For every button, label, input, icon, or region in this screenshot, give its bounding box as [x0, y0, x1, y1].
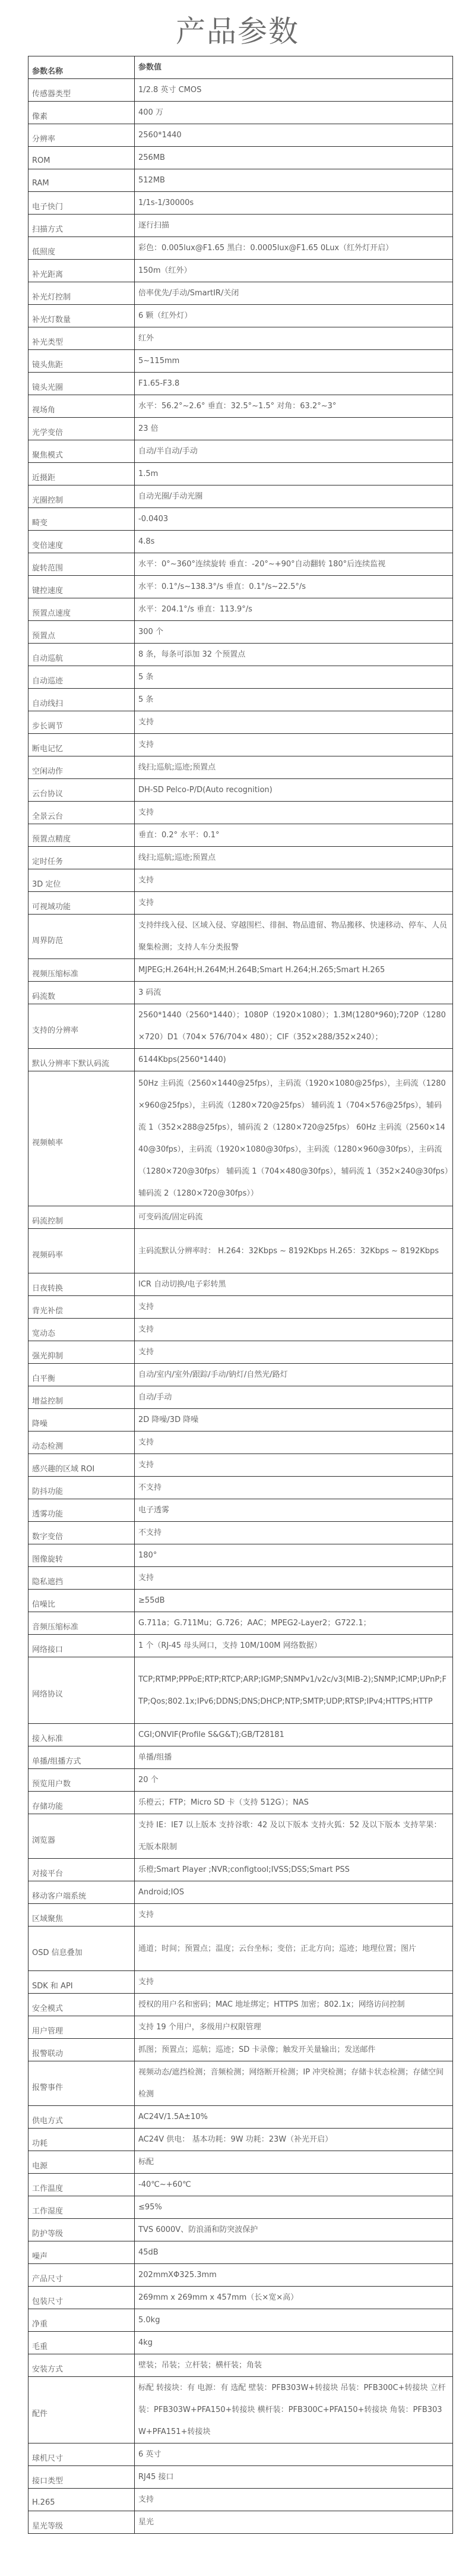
param-value-cell: 标配 转接块：有 电源：有 选配 壁装：PFB303W+转接块 吊装：PFB30…: [135, 2377, 453, 2443]
table-row: 电子快门1/1s-1/30000s: [28, 192, 453, 215]
table-row: 报警联动抓图；预置点；巡航；巡迹；SD 卡录像；触发开关量输出；发送邮件: [28, 2039, 453, 2061]
param-name-cell: 净重: [28, 2309, 135, 2332]
table-row: 网络协议TCP;RTMP;PPPoE;RTP;RTCP;ARP;IGMP;SNM…: [28, 1657, 453, 1724]
param-name-cell: 降噪: [28, 1409, 135, 1432]
table-row: 透雾功能电子透雾: [28, 1499, 453, 1522]
table-row: 可视域功能支持: [28, 892, 453, 915]
table-row: SDK 和 API 支持: [28, 1971, 453, 1994]
param-value-cell: 电子透雾: [135, 1499, 453, 1522]
param-value-cell: 授权的用户名和密码；MAC 地址绑定；HTTPS 加密；802.1x；网络访问控…: [135, 1994, 453, 2016]
param-value-cell: F1.65-F3.8: [135, 373, 453, 395]
param-value-cell: 支持: [135, 802, 453, 824]
param-value-cell: 逐行扫描: [135, 215, 453, 237]
param-value-cell: 5 条: [135, 689, 453, 711]
param-value-cell: 红外: [135, 327, 453, 350]
param-value-cell: 水平：204.1°/s 垂直：113.9°/s: [135, 598, 453, 621]
table-row: 背光补偿支持: [28, 1296, 453, 1319]
table-row: 安装方式 壁装；吊装；立杆装；横杆装；角装: [28, 2354, 453, 2377]
table-row: 畸变-0.0403: [28, 508, 453, 531]
param-value-cell: 50Hz 主码流（2560×1440@25fps），主码流（1920×1080@…: [135, 1071, 453, 1206]
param-name-cell: 光学变倍: [28, 418, 135, 440]
table-row: 球机尺寸6 英寸: [28, 2443, 453, 2466]
table-row: 自动巡航8 条，每条可添加 32 个预置点: [28, 644, 453, 666]
param-value-cell: 乐橙;Smart Player ;NVR;configtool;IVSS;DSS…: [135, 1859, 453, 1881]
param-value-cell: 202mmXΦ325.3mm: [135, 2264, 453, 2287]
table-row: 视频帧率 50Hz 主码流（2560×1440@25fps），主码流（1920×…: [28, 1071, 453, 1206]
param-value-cell: 水平：0°~360°连续旋转 垂直：-20°~+90°自动翻转 180°后连续监…: [135, 553, 453, 576]
param-name-cell: SDK 和 API: [28, 1971, 135, 1994]
param-name-cell: 隐私遮挡: [28, 1567, 135, 1590]
table-row: 图像旋转180°: [28, 1544, 453, 1567]
param-value-cell: 8 条，每条可添加 32 个预置点: [135, 644, 453, 666]
table-row: 供电方式AC24V/1.5A±10%: [28, 2106, 453, 2129]
param-value-cell: 支持: [135, 1341, 453, 1364]
param-value-cell: 彩色：0.005lux@F1.65 黑白：0.0005lux@F1.65 0Lu…: [135, 237, 453, 260]
param-value-cell: 垂直：0.2° 水平：0.1°: [135, 824, 453, 847]
table-row: 存储功能乐橙云；FTP；Micro SD 卡（支持 512G）；NAS: [28, 1792, 453, 1814]
param-name-cell: 近摄距: [28, 463, 135, 485]
param-value-cell: 水平：56.2°~2.6° 垂直：32.5°~1.5° 对角：63.2°~3°: [135, 395, 453, 418]
param-name-cell: 自动巡迹: [28, 666, 135, 689]
table-row: 变倍速度4.8s: [28, 531, 453, 553]
param-value-cell: 4.8s: [135, 531, 453, 553]
table-row: 接入标准 CGI;ONVIF(Profile S&G&T);GB/T28181: [28, 1724, 453, 1746]
table-row: 自动巡迹5 条: [28, 666, 453, 689]
param-value-cell: 单播/组播: [135, 1746, 453, 1769]
param-value-cell: 512MB: [135, 169, 453, 192]
param-value-cell: DH-SD Pelco-P/D(Auto recognition): [135, 779, 453, 802]
param-name-cell: 产品尺寸: [28, 2264, 135, 2287]
param-value-cell: 5.0kg: [135, 2309, 453, 2332]
param-name-cell: OSD 信息叠加: [28, 1927, 135, 1971]
spec-page: 产品参数 参数名称 参数值 传感器类型1/2.8 英寸 CMOS像素400 万分…: [0, 0, 475, 2569]
param-value-cell: 4kg: [135, 2332, 453, 2354]
param-value-cell: 1/1s-1/30000s: [135, 192, 453, 215]
param-value-cell: 支持 IE：IE7 以上版本 支持谷歌：42 及以下版本 支持火狐：52 及以下…: [135, 1814, 453, 1859]
param-value-cell: 支持: [135, 1904, 453, 1927]
param-value-cell: 不支持: [135, 1477, 453, 1499]
param-name-cell: 畸变: [28, 508, 135, 531]
header-name-cell: 参数名称: [28, 56, 135, 79]
param-name-cell: 周界防范: [28, 915, 135, 959]
table-row: 旋转范围水平：0°~360°连续旋转 垂直：-20°~+90°自动翻转 180°…: [28, 553, 453, 576]
param-name-cell: 透雾功能: [28, 1499, 135, 1522]
table-row: 增益控制自动/手动: [28, 1386, 453, 1409]
param-name-cell: 预置点: [28, 621, 135, 644]
param-name-cell: 音频压缩标准: [28, 1612, 135, 1635]
param-name-cell: 单播/组播方式: [28, 1746, 135, 1769]
param-value-cell: 2D 降噪/3D 降噪: [135, 1409, 453, 1432]
param-name-cell: 低照度: [28, 237, 135, 260]
table-row: 星光等级星光: [28, 2511, 453, 2534]
table-header-row: 参数名称 参数值: [28, 56, 453, 79]
param-name-cell: 步长调节: [28, 711, 135, 734]
table-row: 自动线扫5 条: [28, 689, 453, 711]
table-row: 感兴趣的区域 ROI支持: [28, 1454, 453, 1477]
table-row: 默认分辨率下默认码流 6144Kbps(2560*1440): [28, 1049, 453, 1071]
param-value-cell: 视频动态/遮挡检测；音频检测；网络断开检测；IP 冲突检测；存储卡状态检测；存储…: [135, 2061, 453, 2106]
table-row: OSD 信息叠加 通道；时间；预置点；温度；云台坐标；变倍；正北方向；巡迹；地理…: [28, 1927, 453, 1971]
param-name-cell: 3D 定位: [28, 869, 135, 892]
param-name-cell: 预置点速度: [28, 598, 135, 621]
param-name-cell: 移动客户端系统: [28, 1881, 135, 1904]
param-name-cell: 变倍速度: [28, 531, 135, 553]
param-value-cell: 水平：0.1°/s~138.3°/s 垂直：0.1°/s~22.5°/s: [135, 576, 453, 598]
table-row: 预置点精度垂直：0.2° 水平：0.1°: [28, 824, 453, 847]
param-value-cell: CGI;ONVIF(Profile S&G&T);GB/T28181: [135, 1724, 453, 1746]
param-value-cell: 线扫;巡航;巡迹;预置点: [135, 847, 453, 869]
table-row: 包装尺寸269mm x 269mm x 457mm（长×宽×高）: [28, 2287, 453, 2309]
param-name-cell: 补光距离: [28, 260, 135, 282]
table-row: 电源标配: [28, 2151, 453, 2174]
param-value-cell: ICR 自动切换/电子彩转黑: [135, 1273, 453, 1296]
table-row: 扫描方式逐行扫描: [28, 215, 453, 237]
param-name-cell: 支持的分辨率: [28, 1004, 135, 1049]
param-name-cell: 存储功能: [28, 1792, 135, 1814]
param-name-cell: 浏览器: [28, 1814, 135, 1859]
param-name-cell: 可视域功能: [28, 892, 135, 915]
param-value-cell: 通道；时间；预置点；温度；云台坐标；变倍；正北方向；巡迹；地理位置；图片: [135, 1927, 453, 1971]
param-name-cell: 接入标准: [28, 1724, 135, 1746]
param-name-cell: 感兴趣的区域 ROI: [28, 1454, 135, 1477]
param-name-cell: 视频压缩标准: [28, 959, 135, 982]
table-row: 云台协议DH-SD Pelco-P/D(Auto recognition): [28, 779, 453, 802]
param-value-cell: 支持: [135, 869, 453, 892]
param-value-cell: 不支持: [135, 1522, 453, 1544]
param-value-cell: 23 倍: [135, 418, 453, 440]
param-value-cell: 3 码流: [135, 982, 453, 1004]
param-name-cell: 视场角: [28, 395, 135, 418]
param-name-cell: 毛重: [28, 2332, 135, 2354]
table-row: 预置点速度水平：204.1°/s 垂直：113.9°/s: [28, 598, 453, 621]
param-name-cell: 球机尺寸: [28, 2443, 135, 2466]
table-row: 数字变倍不支持: [28, 1522, 453, 1544]
param-name-cell: 电源: [28, 2151, 135, 2174]
param-name-cell: 强光抑制: [28, 1341, 135, 1364]
table-row: 视场角水平：56.2°~2.6° 垂直：32.5°~1.5° 对角：63.2°~…: [28, 395, 453, 418]
table-row: 单播/组播方式单播/组播: [28, 1746, 453, 1769]
table-row: 防抖功能不支持: [28, 1477, 453, 1499]
table-row: 信噪比≥55dB: [28, 1590, 453, 1612]
param-name-cell: 包装尺寸: [28, 2287, 135, 2309]
table-row: 移动客户端系统 Android;IOS: [28, 1881, 453, 1904]
table-row: 预览用户数20 个: [28, 1769, 453, 1792]
table-row: 网络接口1 个（RJ-45 母头网口，支持 10M/100M 网络数据）: [28, 1635, 453, 1657]
param-name-cell: 动态检测: [28, 1432, 135, 1454]
param-value-cell: 6 英寸: [135, 2443, 453, 2466]
param-name-cell: 区域聚焦: [28, 1904, 135, 1927]
table-row: 近摄距1.5m: [28, 463, 453, 485]
param-value-cell: 20 个: [135, 1769, 453, 1792]
table-row: 补光距离150m（红外）: [28, 260, 453, 282]
param-name-cell: 传感器类型: [28, 79, 135, 102]
table-row: 降噪2D 降噪/3D 降噪: [28, 1409, 453, 1432]
table-row: 空闲动作线扫;巡航;巡迹;预置点: [28, 756, 453, 779]
param-name-cell: 补光灯数量: [28, 305, 135, 327]
table-row: 对接平台 乐橙;Smart Player ;NVR;configtool;IVS…: [28, 1859, 453, 1881]
param-name-cell: 背光补偿: [28, 1296, 135, 1319]
param-name-cell: 工作温度: [28, 2174, 135, 2196]
table-row: 动态检测支持: [28, 1432, 453, 1454]
header-value-cell: 参数值: [135, 56, 453, 79]
table-row: 支持的分辨率 2560*1440（2560*1440）；1080P（1920×1…: [28, 1004, 453, 1049]
param-name-cell: 网络协议: [28, 1657, 135, 1724]
param-name-cell: 码流数: [28, 982, 135, 1004]
table-row: 用户管理支持 19 个用户，多级用户权限管理: [28, 2016, 453, 2039]
param-name-cell: 对接平台: [28, 1859, 135, 1881]
table-row: 浏览器 支持 IE：IE7 以上版本 支持谷歌：42 及以下版本 支持火狐：52…: [28, 1814, 453, 1859]
param-name-cell: 报警联动: [28, 2039, 135, 2061]
param-value-cell: 支持: [135, 1319, 453, 1341]
table-row: RAM512MB: [28, 169, 453, 192]
param-name-cell: 光圈控制: [28, 485, 135, 508]
table-row: 噪声45dB: [28, 2241, 453, 2264]
table-row: 强光抑制支持: [28, 1341, 453, 1364]
param-name-cell: 扫描方式: [28, 215, 135, 237]
param-name-cell: 安装方式: [28, 2354, 135, 2377]
param-name-cell: 电子快门: [28, 192, 135, 215]
table-row: 安全模式授权的用户名和密码；MAC 地址绑定；HTTPS 加密；802.1x；网…: [28, 1994, 453, 2016]
table-row: ROM256MB: [28, 147, 453, 169]
table-row: 3D 定位支持: [28, 869, 453, 892]
param-name-cell: 报警事件: [28, 2061, 135, 2106]
param-value-cell: 支持: [135, 2489, 453, 2511]
param-name-cell: 自动巡航: [28, 644, 135, 666]
table-row: 净重5.0kg: [28, 2309, 453, 2332]
param-name-cell: 镜头光圈: [28, 373, 135, 395]
table-row: 步长调节支持: [28, 711, 453, 734]
param-name-cell: RAM: [28, 169, 135, 192]
param-value-cell: 支持: [135, 1296, 453, 1319]
param-value-cell: RJ45 接口: [135, 2466, 453, 2489]
table-row: 白平衡自动/室内/室外/跟踪/手动/钠灯/自然光/路灯: [28, 1364, 453, 1386]
param-name-cell: 视频码率: [28, 1229, 135, 1273]
param-value-cell: 180°: [135, 1544, 453, 1567]
table-row: 视频码率 主码流默认分辨率时： H.264：32Kbps ~ 8192Kbps …: [28, 1229, 453, 1273]
table-row: 码流数 3 码流: [28, 982, 453, 1004]
param-value-cell: 自动/半自动/手动: [135, 440, 453, 463]
table-row: 全景云台支持: [28, 802, 453, 824]
table-row: 配件 标配 转接块：有 电源：有 选配 壁装：PFB303W+转接块 吊装：PF…: [28, 2377, 453, 2443]
param-name-cell: 信噪比: [28, 1590, 135, 1612]
table-row: 工作温度-40℃~+60℃: [28, 2174, 453, 2196]
table-row: 像素400 万: [28, 102, 453, 124]
param-value-cell: 269mm x 269mm x 457mm（长×宽×高）: [135, 2287, 453, 2309]
param-value-cell: 5 条: [135, 666, 453, 689]
table-row: 周界防范 支持绊线入侵、区域入侵、穿越围栏、徘徊、物品遗留、物品搬移、快速移动、…: [28, 915, 453, 959]
param-value-cell: 支持: [135, 1432, 453, 1454]
param-name-cell: 空闲动作: [28, 756, 135, 779]
bottom-spacer: [0, 2534, 475, 2569]
param-value-cell: TCP;RTMP;PPPoE;RTP;RTCP;ARP;IGMP;SNMPv1/…: [135, 1657, 453, 1724]
page-title: 产品参数: [0, 0, 475, 56]
param-value-cell: Android;IOS: [135, 1881, 453, 1904]
param-value-cell: AC24V 供电： 基本功耗：9W 功耗：23W（补光开启）: [135, 2129, 453, 2151]
table-row: 断电记忆支持: [28, 734, 453, 756]
param-value-cell: 线扫;巡航;巡迹;预置点: [135, 756, 453, 779]
param-name-cell: 增益控制: [28, 1386, 135, 1409]
param-value-cell: 壁装；吊装；立杆装；横杆装；角装: [135, 2354, 453, 2377]
param-value-cell: TVS 6000V、防浪涌和防突波保护: [135, 2219, 453, 2241]
param-name-cell: 日夜转换: [28, 1273, 135, 1296]
param-value-cell: 星光: [135, 2511, 453, 2534]
param-value-cell: 300 个: [135, 621, 453, 644]
param-value-cell: 1/2.8 英寸 CMOS: [135, 79, 453, 102]
param-name-cell: 码流控制: [28, 1206, 135, 1229]
param-name-cell: 预览用户数: [28, 1769, 135, 1792]
table-row: 隐私遮挡支持: [28, 1567, 453, 1590]
param-name-cell: 噪声: [28, 2241, 135, 2264]
param-value-cell: MJPEG;H.264H;H.264M;H.264B;Smart H.264;H…: [135, 959, 453, 982]
param-name-cell: 聚焦模式: [28, 440, 135, 463]
param-name-cell: 图像旋转: [28, 1544, 135, 1567]
param-name-cell: 工作湿度: [28, 2196, 135, 2219]
table-row: 毛重4kg: [28, 2332, 453, 2354]
param-name-cell: 像素: [28, 102, 135, 124]
param-value-cell: 400 万: [135, 102, 453, 124]
param-value-cell: 标配: [135, 2151, 453, 2174]
param-name-cell: 防护等级: [28, 2219, 135, 2241]
table-row: 光学变倍23 倍: [28, 418, 453, 440]
param-value-cell: 2560*1440（2560*1440）；1080P（1920×1080）；1.…: [135, 1004, 453, 1049]
param-value-cell: 256MB: [135, 147, 453, 169]
table-row: H.265支持: [28, 2489, 453, 2511]
table-row: 码流控制 可变码流/固定码流: [28, 1206, 453, 1229]
table-row: 补光灯数量6 颗（红外灯）: [28, 305, 453, 327]
param-value-cell: G.711a；G.711Mu；G.726；AAC；MPEG2-Layer2；G7…: [135, 1612, 453, 1635]
table-row: 分辨率2560*1440: [28, 124, 453, 147]
table-row: 聚焦模式自动/半自动/手动: [28, 440, 453, 463]
param-value-cell: 主码流默认分辨率时： H.264：32Kbps ~ 8192Kbps H.265…: [135, 1229, 453, 1273]
param-value-cell: -0.0403: [135, 508, 453, 531]
param-value-cell: 自动光圈/手动光圈: [135, 485, 453, 508]
param-name-cell: 键控速度: [28, 576, 135, 598]
param-name-cell: 旋转范围: [28, 553, 135, 576]
param-value-cell: 支持绊线入侵、区域入侵、穿越围栏、徘徊、物品遗留、物品搬移、快速移动、停车、人员…: [135, 915, 453, 959]
table-row: 镜头光圈F1.65-F3.8: [28, 373, 453, 395]
table-row: 键控速度水平：0.1°/s~138.3°/s 垂直：0.1°/s~22.5°/s: [28, 576, 453, 598]
param-value-cell: 6144Kbps(2560*1440): [135, 1049, 453, 1071]
param-name-cell: 数字变倍: [28, 1522, 135, 1544]
param-name-cell: 补光类型: [28, 327, 135, 350]
param-value-cell: 1.5m: [135, 463, 453, 485]
param-name-cell: 视频帧率: [28, 1071, 135, 1206]
param-value-cell: 支持: [135, 1971, 453, 1994]
table-row: 工作湿度≤95%: [28, 2196, 453, 2219]
table-row: 宽动态支持: [28, 1319, 453, 1341]
param-value-cell: 自动/室内/室外/跟踪/手动/钠灯/自然光/路灯: [135, 1364, 453, 1386]
param-name-cell: 宽动态: [28, 1319, 135, 1341]
param-name-cell: 功耗: [28, 2129, 135, 2151]
param-value-cell: 可变码流/固定码流: [135, 1206, 453, 1229]
spec-table-body: 参数名称 参数值 传感器类型1/2.8 英寸 CMOS像素400 万分辨率256…: [28, 56, 453, 2534]
param-name-cell: 接口类型: [28, 2466, 135, 2489]
spec-table: 参数名称 参数值 传感器类型1/2.8 英寸 CMOS像素400 万分辨率256…: [28, 56, 453, 2534]
table-row: 传感器类型1/2.8 英寸 CMOS: [28, 79, 453, 102]
table-row: 补光灯控制倍率优先/手动/SmartIR/关闭: [28, 282, 453, 305]
table-row: 产品尺寸202mmXΦ325.3mm: [28, 2264, 453, 2287]
param-value-cell: 支持: [135, 734, 453, 756]
table-row: 视频压缩标准 MJPEG;H.264H;H.264M;H.264B;Smart …: [28, 959, 453, 982]
param-value-cell: 自动/手动: [135, 1386, 453, 1409]
param-name-cell: 默认分辨率下默认码流: [28, 1049, 135, 1071]
param-value-cell: 150m（红外）: [135, 260, 453, 282]
param-name-cell: 镜头焦距: [28, 350, 135, 373]
table-row: 区域聚焦支持: [28, 1904, 453, 1927]
param-name-cell: 预置点精度: [28, 824, 135, 847]
param-name-cell: 配件: [28, 2377, 135, 2443]
param-value-cell: -40℃~+60℃: [135, 2174, 453, 2196]
param-name-cell: 补光灯控制: [28, 282, 135, 305]
table-row: 接口类型RJ45 接口: [28, 2466, 453, 2489]
param-value-cell: 乐橙云；FTP；Micro SD 卡（支持 512G）；NAS: [135, 1792, 453, 1814]
param-name-cell: 星光等级: [28, 2511, 135, 2534]
param-name-cell: 定时任务: [28, 847, 135, 869]
param-value-cell: 6 颗（红外灯）: [135, 305, 453, 327]
table-row: 光圈控制自动光圈/手动光圈: [28, 485, 453, 508]
param-name-cell: 断电记忆: [28, 734, 135, 756]
param-name-cell: 防抖功能: [28, 1477, 135, 1499]
param-value-cell: 支持: [135, 1567, 453, 1590]
table-row: 功耗AC24V 供电： 基本功耗：9W 功耗：23W（补光开启）: [28, 2129, 453, 2151]
param-value-cell: AC24V/1.5A±10%: [135, 2106, 453, 2129]
table-row: 定时任务线扫;巡航;巡迹;预置点: [28, 847, 453, 869]
param-name-cell: 分辨率: [28, 124, 135, 147]
param-name-cell: 云台协议: [28, 779, 135, 802]
table-row: 音频压缩标准G.711a；G.711Mu；G.726；AAC；MPEG2-Lay…: [28, 1612, 453, 1635]
param-name-cell: ROM: [28, 147, 135, 169]
param-name-cell: 白平衡: [28, 1364, 135, 1386]
table-row: 低照度彩色：0.005lux@F1.65 黑白：0.0005lux@F1.65 …: [28, 237, 453, 260]
param-name-cell: 用户管理: [28, 2016, 135, 2039]
param-value-cell: 45dB: [135, 2241, 453, 2264]
param-value-cell: 支持: [135, 892, 453, 915]
table-row: 日夜转换ICR 自动切换/电子彩转黑: [28, 1273, 453, 1296]
table-row: 报警事件 视频动态/遮挡检测；音频检测；网络断开检测；IP 冲突检测；存储卡状态…: [28, 2061, 453, 2106]
param-value-cell: 抓图；预置点；巡航；巡迹；SD 卡录像；触发开关量输出；发送邮件: [135, 2039, 453, 2061]
param-name-cell: 网络接口: [28, 1635, 135, 1657]
table-row: 预置点300 个: [28, 621, 453, 644]
param-value-cell: 2560*1440: [135, 124, 453, 147]
param-name-cell: H.265: [28, 2489, 135, 2511]
param-value-cell: 支持: [135, 1454, 453, 1477]
param-value-cell: ≥55dB: [135, 1590, 453, 1612]
table-row: 防护等级TVS 6000V、防浪涌和防突波保护: [28, 2219, 453, 2241]
param-value-cell: 支持 19 个用户，多级用户权限管理: [135, 2016, 453, 2039]
param-name-cell: 全景云台: [28, 802, 135, 824]
table-row: 补光类型红外: [28, 327, 453, 350]
param-name-cell: 安全模式: [28, 1994, 135, 2016]
param-value-cell: 支持: [135, 711, 453, 734]
param-value-cell: 1 个（RJ-45 母头网口，支持 10M/100M 网络数据）: [135, 1635, 453, 1657]
param-value-cell: 5~115mm: [135, 350, 453, 373]
param-name-cell: 供电方式: [28, 2106, 135, 2129]
param-name-cell: 自动线扫: [28, 689, 135, 711]
param-value-cell: ≤95%: [135, 2196, 453, 2219]
param-value-cell: 倍率优先/手动/SmartIR/关闭: [135, 282, 453, 305]
table-row: 镜头焦距5~115mm: [28, 350, 453, 373]
